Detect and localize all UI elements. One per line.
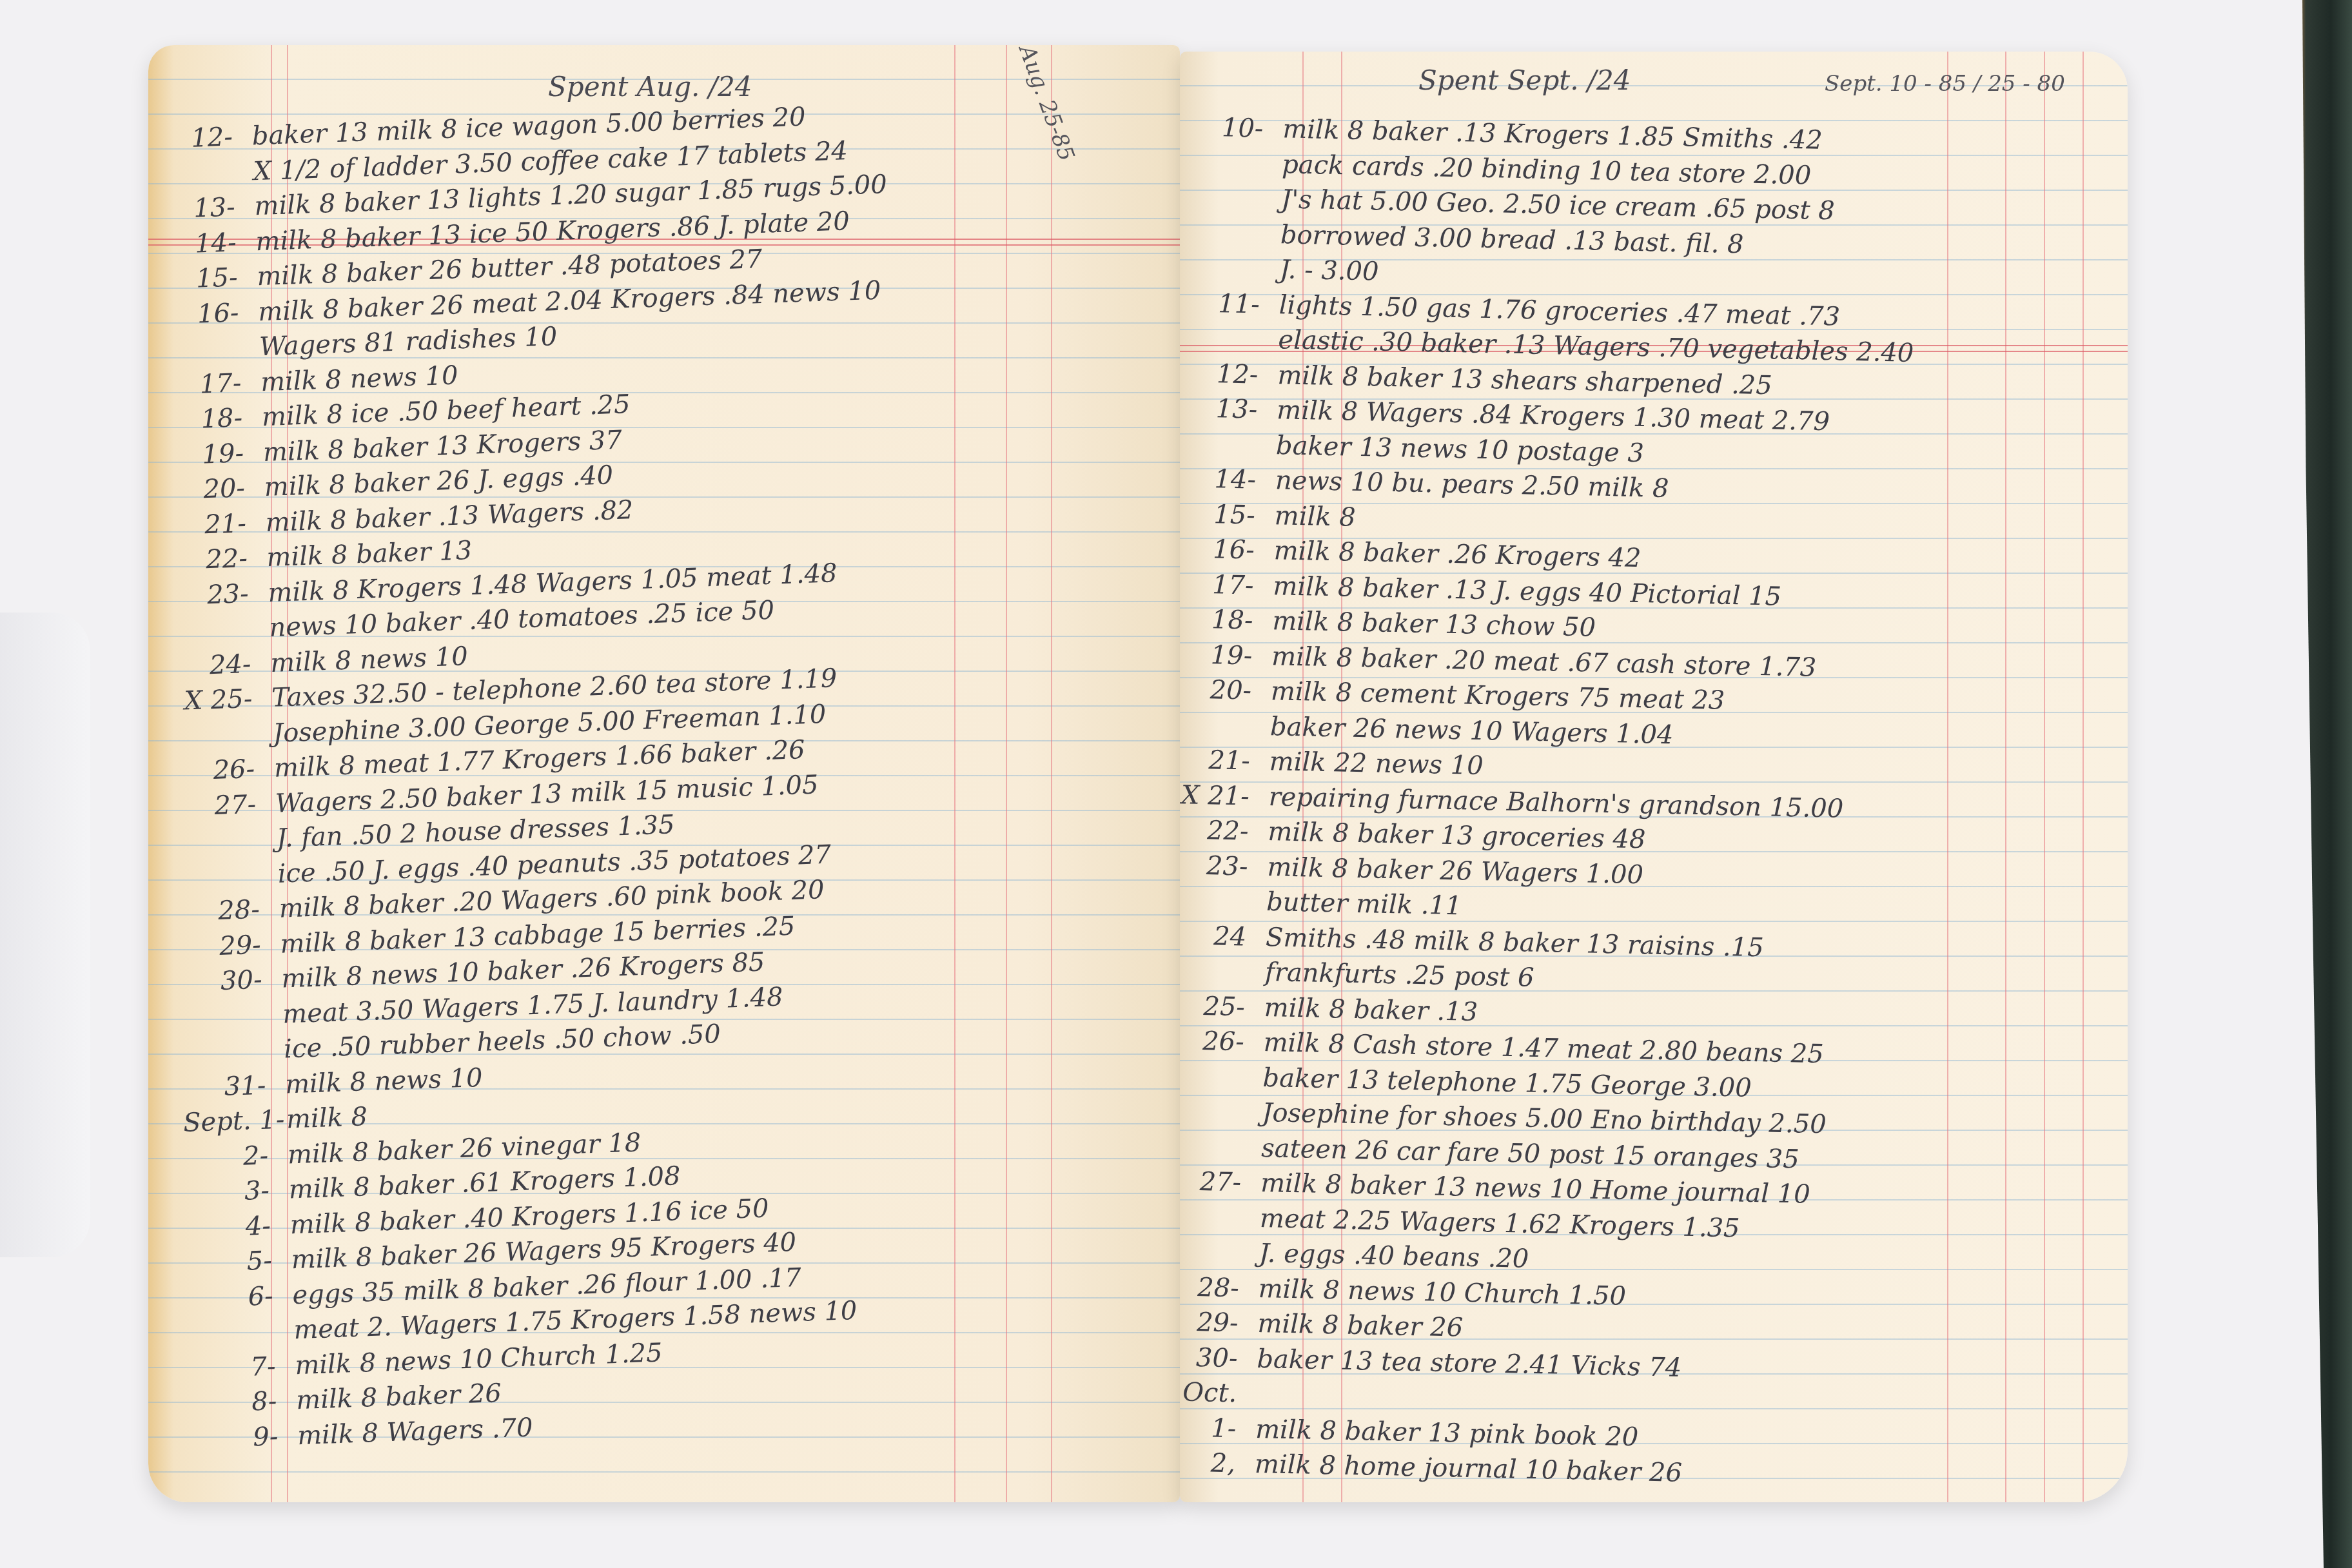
entry-items: milk 8 [1274, 501, 1356, 533]
entry-date: 11- [1180, 285, 1260, 322]
entry-date [1180, 1084, 1243, 1086]
entry-date: 18- [158, 400, 243, 438]
entry-date: 15- [1180, 496, 1255, 533]
entry-date [150, 181, 234, 184]
entry-date: 5- [188, 1243, 273, 1281]
column-line [1051, 45, 1052, 1502]
entry-date: 7- [191, 1349, 277, 1387]
entry-date [1180, 1119, 1242, 1121]
page-heading: Spent Sept. /24 [1418, 64, 1631, 96]
entry-items: baker 26 news 10 Wagers 1.04 [1270, 712, 1674, 750]
entry-date: 16- [155, 295, 240, 333]
entry-date: 21- [162, 506, 247, 544]
entry-date: 4- [186, 1208, 271, 1246]
entry-date: 22- [1180, 812, 1249, 849]
entry-items: milk 8 Wagers .70 [297, 1413, 533, 1451]
entry-date: 12- [148, 119, 233, 157]
entry-date: 14- [152, 225, 237, 263]
entry-date: 18- [1180, 602, 1253, 638]
entry-items: baker 13 news 10 postage 3 [1276, 431, 1645, 468]
entry-date [181, 1059, 265, 1062]
ledger-entry: 15-milk 8 [1180, 496, 1356, 534]
entry-date [1180, 908, 1247, 910]
entry-date [1180, 979, 1246, 981]
entry-date [170, 742, 254, 745]
entry-date [175, 883, 259, 886]
entry-date: 23- [1180, 847, 1248, 884]
entry-date [1180, 451, 1257, 453]
entry-date: 9- [193, 1419, 279, 1457]
entry-date: 21- [1180, 742, 1250, 779]
page-heading: Spent Aug. /24 [548, 71, 752, 103]
column-line [954, 45, 955, 1502]
entry-date: Sept. 1- [182, 1103, 268, 1141]
column-line [2044, 52, 2045, 1502]
entry-date: 12- [1180, 355, 1259, 392]
entry-items: news 10 bu. pears 2.50 milk 8 [1275, 465, 1669, 504]
entry-items: milk 8 baker 13 pink book 20 [1255, 1414, 1639, 1451]
entry-date [1180, 732, 1251, 734]
entry-date [1180, 1224, 1240, 1226]
entry-items: milk 8 news 10 [260, 360, 458, 397]
open-ledger-book: Spent Aug. /24 Aug. 25-85 12-baker 13 mi… [148, 19, 2134, 1522]
column-line [2082, 52, 2084, 1502]
photo-scene: Spent Aug. /24 Aug. 25-85 12-baker 13 mi… [0, 0, 2352, 1568]
entry-date: 22- [163, 541, 248, 579]
entry-items: milk 22 news 10 [1269, 747, 1484, 781]
entry-date: 2- [184, 1138, 269, 1176]
entry-date: 6- [189, 1279, 274, 1317]
entry-date [1180, 1260, 1240, 1262]
entry-items: baker 13 tea store 2.41 Vicks 74 [1257, 1344, 1682, 1382]
entry-date: X 25- [168, 681, 253, 720]
entry-date: 26- [170, 752, 255, 790]
ledger-entry: 21-milk 22 news 10 [1180, 742, 1484, 783]
entry-items: milk 8 baker .13 [1264, 993, 1478, 1027]
entry-date: 29- [177, 927, 262, 965]
ledger-entry: J. - 3.00 [1180, 250, 1379, 289]
entry-date: 14- [1180, 461, 1257, 498]
entry-date [1180, 346, 1259, 348]
entry-date [1180, 276, 1260, 278]
entry-date: 20- [161, 471, 246, 509]
entry-date [191, 1339, 275, 1342]
entry-date: 19- [1180, 636, 1253, 673]
entry-date [1180, 240, 1261, 242]
entry-date: 25- [1180, 988, 1245, 1024]
entry-date: 26- [1180, 1023, 1244, 1060]
entry-items: milk 8 baker 13 groceries 48 [1268, 817, 1646, 854]
entry-date: 27- [171, 787, 257, 825]
ledger-entry: 25-milk 8 baker .13 [1180, 988, 1478, 1029]
entry-items: milk 8 baker 26 [296, 1378, 502, 1415]
entry-date: 31- [181, 1068, 266, 1106]
entry-items: milk 8 baker 13 chow 50 [1272, 606, 1596, 642]
entry-date: 28- [1180, 1269, 1239, 1306]
entry-items: milk 8 baker .26 Krogers 42 [1273, 536, 1641, 573]
entry-date [1180, 206, 1262, 208]
entry-date: 24- [167, 646, 252, 684]
ledger-entry: Sept. 1-milk 8 [182, 1099, 368, 1141]
entry-date: 3- [185, 1173, 270, 1211]
plastic-sleeve [0, 612, 90, 1257]
column-line [1006, 45, 1007, 1502]
entry-items: milk 8 cement Krogers 75 meat 23 [1271, 676, 1725, 716]
entry-date: 24 [1180, 917, 1247, 954]
entry-date: 15- [153, 260, 239, 298]
entry-date: 19- [159, 436, 244, 474]
entry-items: milk 8 baker 13 [266, 536, 473, 573]
entry-date: 20- [1180, 672, 1252, 709]
entry-date: 23- [164, 576, 250, 614]
entry-items: milk 8 baker 26 Wagers 1.00 [1267, 852, 1643, 890]
entry-items: milk 8 baker 26 [1257, 1309, 1464, 1343]
entry-date [173, 848, 257, 851]
entry-date: 2, [1180, 1445, 1236, 1482]
ledger-entry: Oct. [1180, 1375, 1257, 1411]
entry-items: milk 8 news 10 Church 1.50 [1258, 1273, 1626, 1311]
corner-note: Sept. 10 - 85 / 25 - 80 [1825, 71, 2065, 97]
column-line [2005, 52, 2006, 1502]
entry-date: 8- [192, 1384, 277, 1422]
entry-date: 10- [1180, 110, 1264, 146]
entry-date: 27- [1180, 1164, 1242, 1200]
book-cover-edge [2281, 0, 2352, 1568]
entry-date: 13- [1180, 391, 1258, 427]
entry-items: butter milk .11 [1266, 887, 1462, 921]
entry-items: milk 8 news 10 [284, 1063, 483, 1099]
entry-date [157, 356, 240, 359]
entry-date [1180, 170, 1262, 172]
entry-date: 1- [1180, 1409, 1237, 1446]
entry-date [1180, 1154, 1242, 1156]
entry-items: milk 8 news 10 [270, 642, 469, 678]
left-page: Spent Aug. /24 Aug. 25-85 12-baker 13 mi… [148, 45, 1180, 1502]
entry-date [180, 1023, 264, 1026]
ledger-entry: butter milk .11 [1180, 883, 1462, 924]
entry-date: 30- [1180, 1339, 1238, 1376]
entry-date: 16- [1180, 531, 1255, 568]
entry-date: 17- [1180, 566, 1254, 603]
entry-date [166, 637, 250, 640]
entry-date: 28- [175, 892, 260, 930]
entry-date: Oct. [1180, 1375, 1237, 1411]
entry-date: 13- [151, 190, 236, 228]
entry-date: 30- [178, 963, 263, 1001]
column-line [1947, 52, 1948, 1502]
entry-items: J. - 3.00 [1279, 255, 1379, 286]
entry-items: milk 8 home journal 10 baker 26 [1255, 1449, 1683, 1488]
ledger-entry: 29-milk 8 baker 26 [1180, 1304, 1464, 1346]
entry-date: 17- [157, 366, 242, 404]
entry-items: frankfurts .25 post 6 [1265, 957, 1534, 993]
entry-items: milk 8 [286, 1102, 367, 1134]
entry-items: J. eggs .40 beans .20 [1259, 1239, 1529, 1274]
entry-date: X 21- [1180, 777, 1249, 814]
entry-date: 29- [1180, 1304, 1239, 1341]
right-page: Spent Sept. /24 Sept. 10 - 85 / 25 - 80 … [1180, 52, 2128, 1502]
